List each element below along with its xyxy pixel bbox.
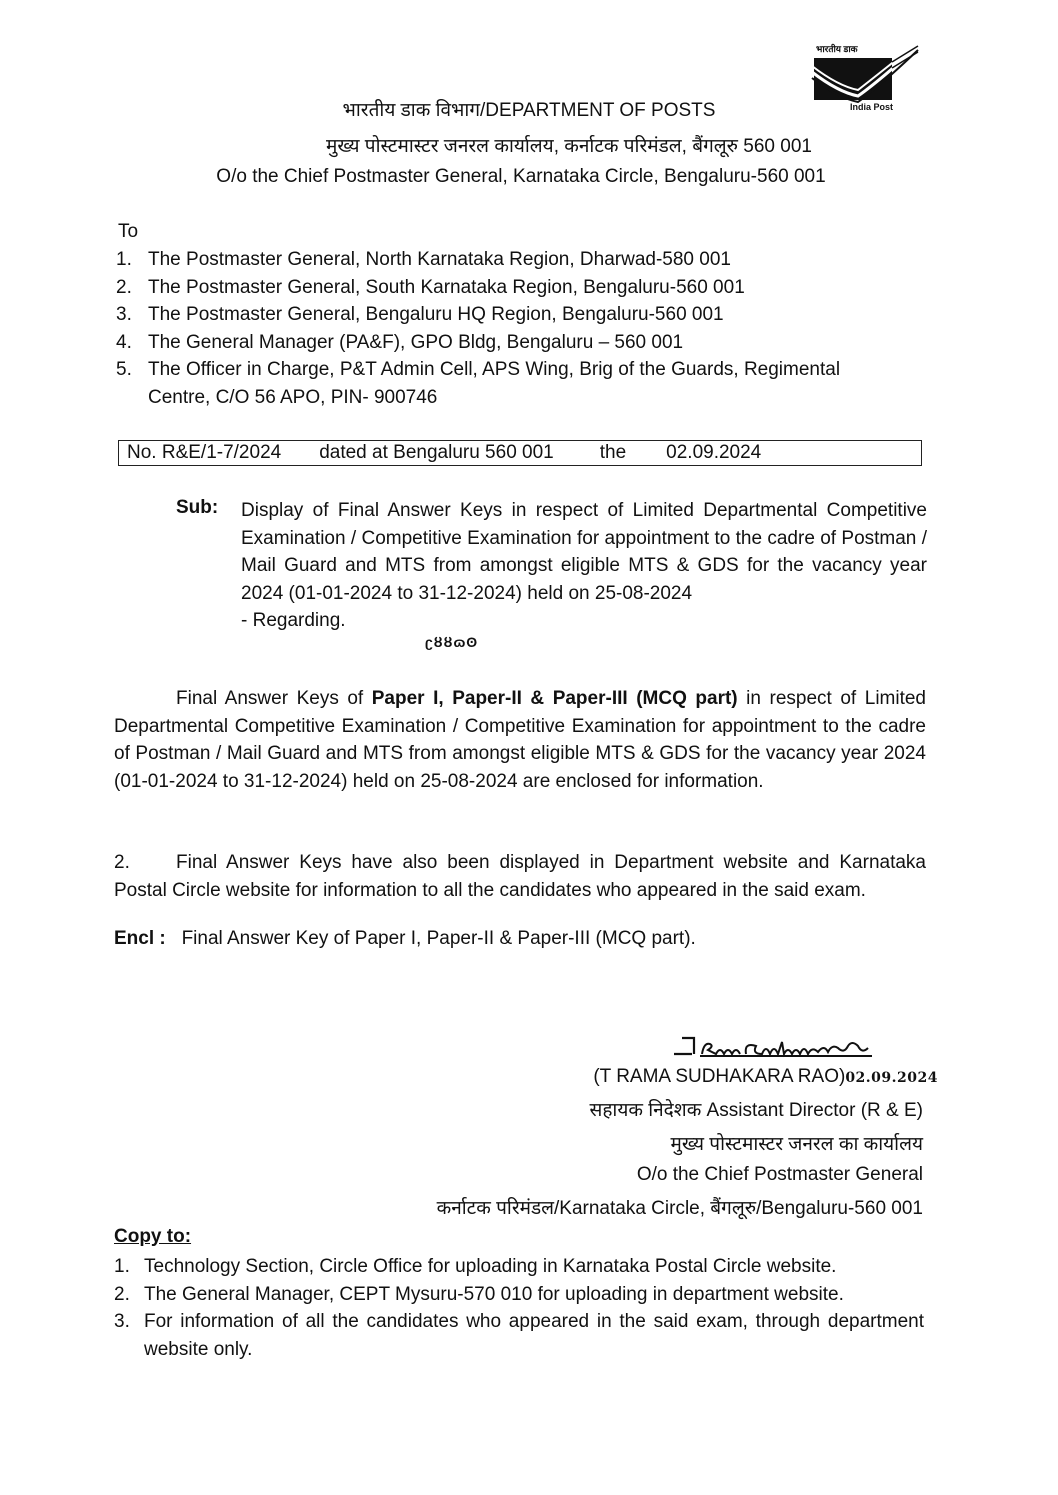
item-number: 4. (116, 329, 148, 357)
handwritten-date: 02.09.2024 (845, 1070, 938, 1086)
item-text-continuation: Centre, C/O 56 APO, PIN- 900746 (116, 384, 437, 412)
item-number: 2. (114, 1281, 144, 1309)
reference-the: the (600, 442, 626, 464)
item-text: Technology Section, Circle Office for up… (144, 1253, 924, 1281)
signatory-office-hindi: मुख्य पोस्टमास्टर जनरल का कार्यालय (671, 1130, 923, 1156)
addressee-item: 3.The Postmaster General, Bengaluru HQ R… (116, 301, 840, 329)
item-text: The Officer in Charge, P&T Admin Cell, A… (148, 356, 840, 384)
reference-dated-at: dated at Bengaluru 560 001 (319, 442, 554, 464)
item-text: The Postmaster General, South Karnataka … (148, 274, 745, 302)
addressee-item: 1.The Postmaster General, North Karnatak… (116, 246, 840, 274)
copy-to-item: 3.For information of all the candidates … (114, 1308, 924, 1363)
item-number: 1. (116, 246, 148, 274)
header-line1: भारतीय डाक विभाग/DEPARTMENT OF POSTS (343, 100, 716, 121)
addressee-item: 4.The General Manager (PA&F), GPO Bldg, … (116, 329, 840, 357)
signatory-name-line: (T RAMA SUDHAKARA RAO)02.09.2024 (593, 1066, 938, 1088)
reference-box: No. R&E/1-7/2024 dated at Bengaluru 560 … (118, 440, 922, 466)
para2-number: 2. (114, 849, 176, 877)
subject-text: Display of Final Answer Keys in respect … (241, 500, 927, 604)
handwritten-signature (672, 1034, 902, 1060)
paragraph-1: Final Answer Keys of Paper I, Paper-II &… (114, 685, 926, 795)
paragraph-2: 2.Final Answer Keys have also been displ… (114, 849, 926, 904)
ornament-divider: ʗȣȣɷʘ (425, 634, 478, 650)
signatory-circle: कर्नाटक परिमंडल/Karnataka Circle, बैंगलू… (437, 1194, 923, 1220)
item-number: 2. (116, 274, 148, 302)
item-number: 3. (116, 301, 148, 329)
subject-text-block: Display of Final Answer Keys in respect … (241, 497, 927, 635)
to-label: To (118, 218, 138, 245)
header-line3: O/o the Chief Postmaster General, Karnat… (216, 166, 825, 187)
item-text: The General Manager, CEPT Mysuru-570 010… (144, 1281, 924, 1309)
item-text: The Postmaster General, Bengaluru HQ Reg… (148, 301, 724, 329)
subject-label: Sub: (176, 497, 218, 519)
signatory-name: (T RAMA SUDHAKARA RAO) (593, 1066, 845, 1087)
signatory-designation: सहायक निदेशक Assistant Director (R & E) (589, 1096, 923, 1122)
header-department: भारतीय डाक विभाग/DEPARTMENT OF POSTS (0, 96, 1058, 122)
item-number: 1. (114, 1253, 144, 1281)
item-text: For information of all the candidates wh… (144, 1308, 924, 1363)
enclosure: Encl : Final Answer Key of Paper I, Pape… (114, 928, 696, 950)
copy-to-item: 1.Technology Section, Circle Office for … (114, 1253, 924, 1281)
para1-bold: Paper I, Paper-II & Paper-III (MCQ part) (372, 688, 738, 709)
header-line2: मुख्य पोस्टमास्टर जनरल कार्यालय, कर्नाटक… (326, 136, 812, 157)
logo-hindi-label: भारतीय डाक (816, 42, 858, 55)
item-number: 3. (114, 1308, 144, 1363)
enclosure-label: Encl : (114, 928, 166, 949)
reference-date: 02.09.2024 (666, 442, 761, 464)
header-office-hindi: मुख्य पोस्टमास्टर जनरल कार्यालय, कर्नाटक… (40, 132, 1058, 158)
item-text: The General Manager (PA&F), GPO Bldg, Be… (148, 329, 683, 357)
reference-number: No. R&E/1-7/2024 (127, 442, 281, 464)
copy-to-item: 2.The General Manager, CEPT Mysuru-570 0… (114, 1281, 924, 1309)
subject-suffix: - Regarding. (241, 607, 927, 635)
copy-to-list: 1.Technology Section, Circle Office for … (114, 1253, 924, 1363)
copy-to-heading: Copy to: (114, 1226, 191, 1248)
enclosure-text: Final Answer Key of Paper I, Paper-II & … (182, 928, 696, 949)
para2-text: Final Answer Keys have also been display… (114, 852, 926, 901)
addressee-item: 5.The Officer in Charge, P&T Admin Cell,… (116, 356, 840, 384)
header-office-english: O/o the Chief Postmaster General, Karnat… (0, 166, 1050, 188)
addressee-item: 2.The Postmaster General, South Karnatak… (116, 274, 840, 302)
para1-prefix: Final Answer Keys of (176, 688, 372, 709)
signature-icon (672, 1034, 902, 1060)
signatory-office-english: O/o the Chief Postmaster General (637, 1164, 923, 1186)
item-number: 5. (116, 356, 148, 384)
item-text: The Postmaster General, North Karnataka … (148, 246, 731, 274)
addressee-item-continuation: Centre, C/O 56 APO, PIN- 900746 (116, 384, 840, 412)
addressee-list: 1.The Postmaster General, North Karnatak… (116, 246, 840, 411)
